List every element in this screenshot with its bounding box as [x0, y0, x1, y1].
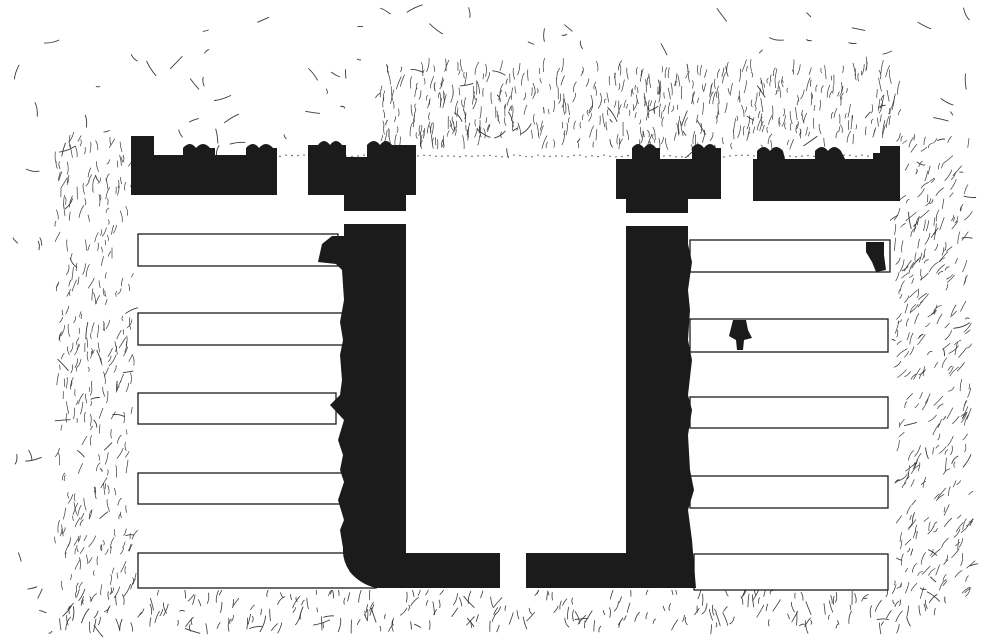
- structure-interior: [138, 158, 890, 590]
- beam-right: [690, 397, 888, 428]
- beam-left: [138, 553, 376, 588]
- beam-left: [138, 393, 336, 424]
- beam-left: [138, 313, 346, 345]
- beam-right: [690, 476, 888, 508]
- beam-left: [138, 234, 338, 266]
- beam-right: [690, 319, 888, 352]
- beam-left: [138, 473, 348, 504]
- section-drawing: [0, 0, 1000, 643]
- left-outer-parapet: [131, 136, 277, 195]
- beam-right: [694, 554, 888, 590]
- diagram-canvas: [0, 0, 1000, 643]
- right-outer-parapet: [753, 146, 900, 201]
- beam-right: [690, 240, 890, 272]
